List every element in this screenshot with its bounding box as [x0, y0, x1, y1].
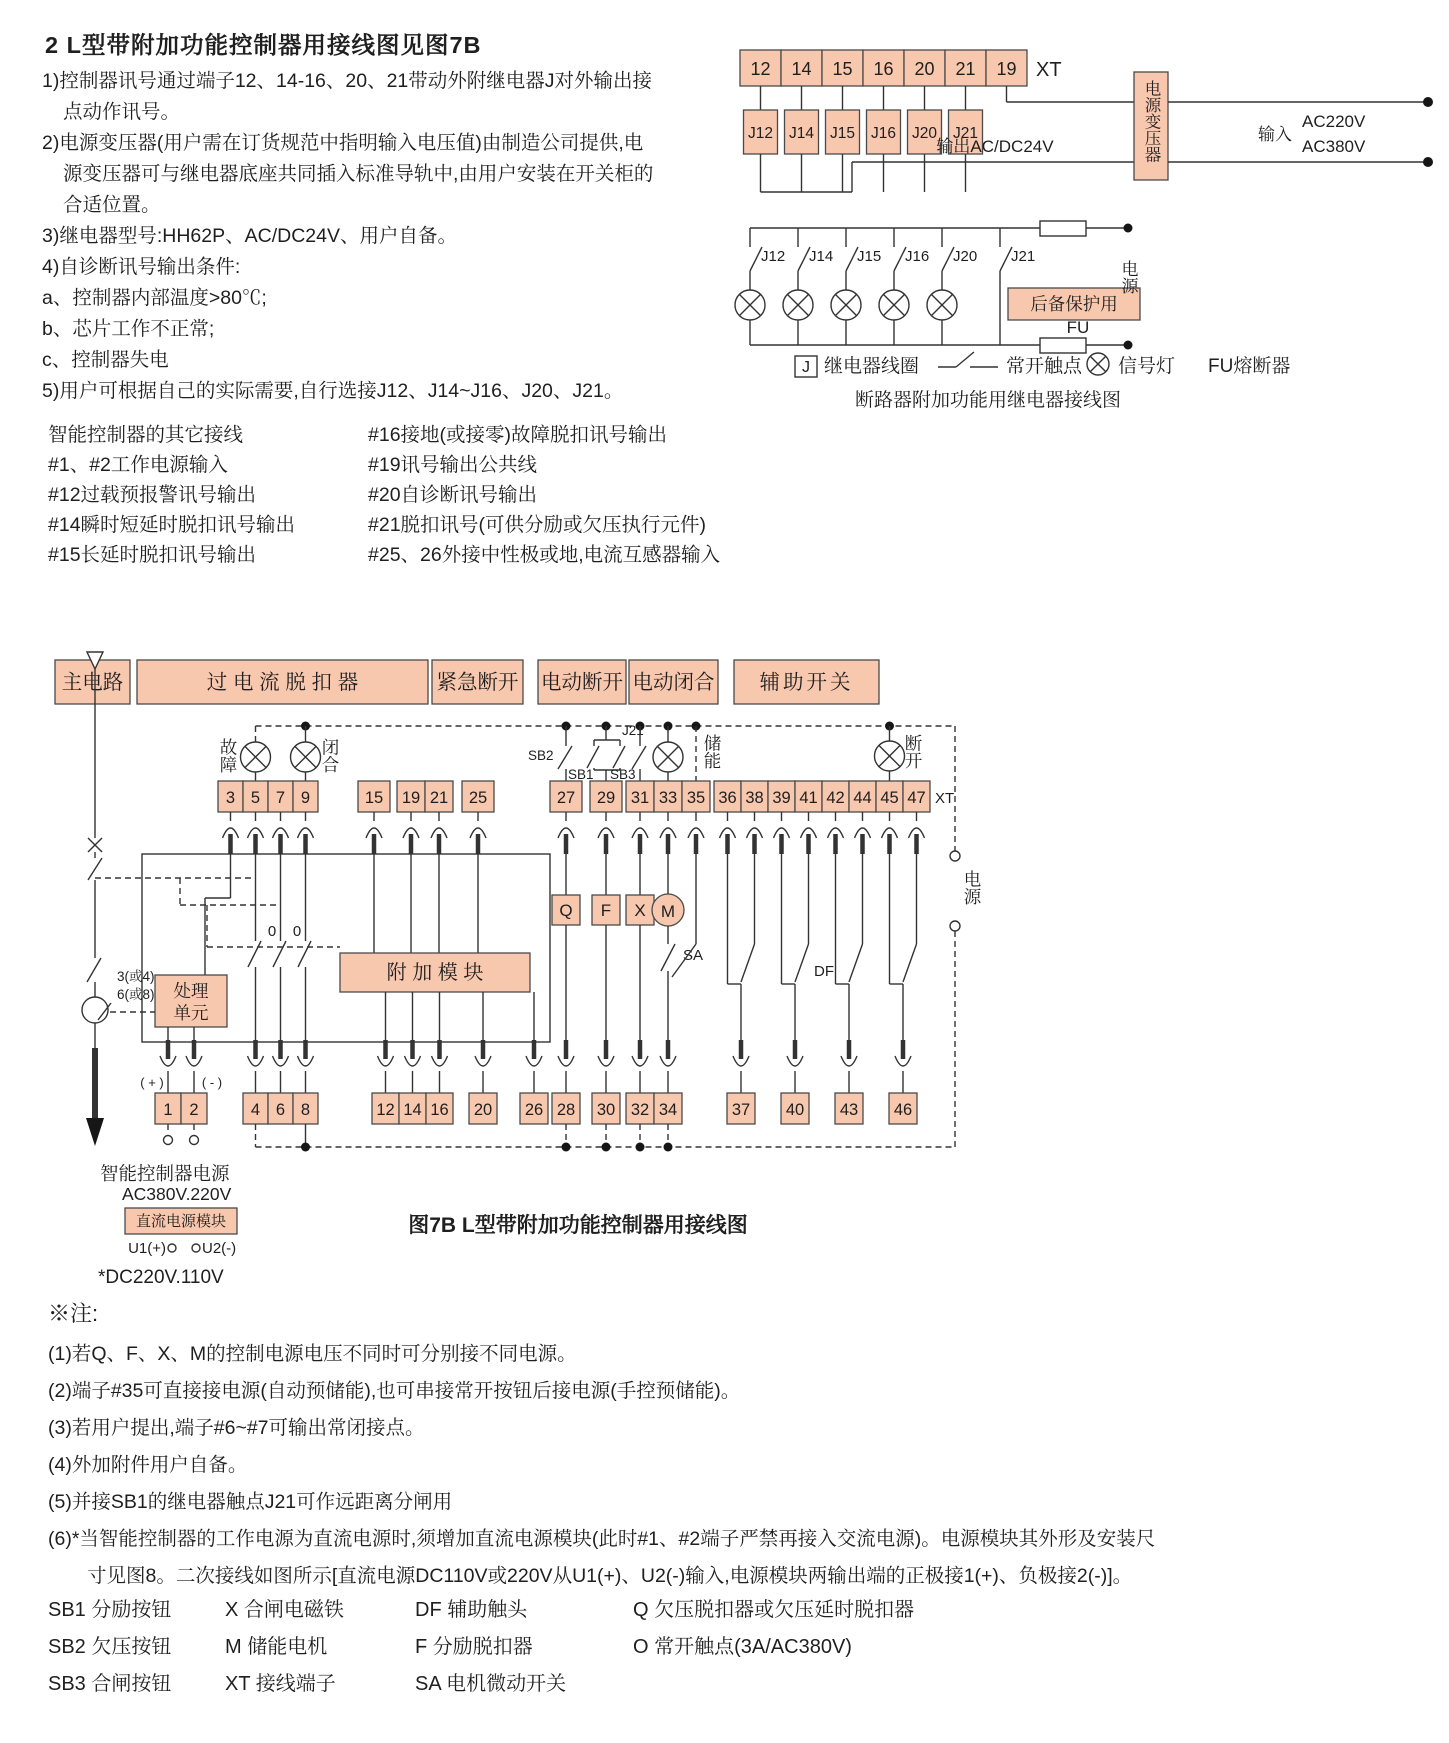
- signal-lamp-icon: [879, 290, 909, 320]
- aux-contact-zero: 0: [268, 923, 276, 940]
- output-voltage-label: 输出AC/DC24V: [936, 137, 1054, 156]
- add-on-module-label: 附 加 模 块: [387, 961, 484, 984]
- terminal-number: 39: [772, 789, 790, 807]
- relay-transformer-wires: 输出AC/DC24V 电源变压器 输入 AC220V AC380V: [761, 72, 1434, 192]
- legend-cell: M 储能电机: [225, 1629, 415, 1666]
- dc-module-label: 直流电源模块: [136, 1212, 226, 1230]
- contact-label: J14: [809, 248, 833, 265]
- open-lamp-icon: [875, 741, 905, 771]
- terminal-number: 42: [826, 789, 844, 807]
- section-header: 紧急断开: [437, 671, 519, 694]
- terminal-number: 5: [251, 789, 260, 807]
- instructions-block: 1)控制器讯号通过端子12、14-16、20、21带动外附继电器J对外输出接 点…: [42, 66, 702, 407]
- backup-protection-label: 后备保护用: [1030, 294, 1118, 314]
- terminal-number: 25: [469, 789, 487, 807]
- note-item: (4)外加附件用户自备。: [48, 1447, 1420, 1484]
- terminal-number: 44: [853, 789, 871, 807]
- other-wiring-left-column: 智能控制器的其它接线 #1、#2工作电源输入 #12过载预报警讯号输出 #14瞬…: [48, 420, 368, 570]
- notes-title: ※注:: [48, 1298, 1420, 1330]
- release-components: Q F X M SA: [552, 854, 703, 1040]
- relay-box-label: J12: [748, 125, 773, 142]
- power-source-label: 电源: [962, 870, 982, 905]
- aux-contact-zero: 0: [293, 923, 301, 940]
- pole-count-label: 6(或8): [117, 987, 155, 1002]
- q-release-label: Q: [559, 901, 572, 920]
- top-terminal-strip: 3 5 7 9 15 19 21 25 27 29 31 33 35 36 38…: [218, 781, 954, 812]
- section-header: 辅助开关: [760, 671, 854, 694]
- terminal-number: 6: [276, 1101, 285, 1119]
- relay-box-label: J20: [912, 125, 937, 142]
- terminal-number: 12: [750, 59, 770, 79]
- terminal-number: 32: [631, 1101, 649, 1119]
- terminal-number: 41: [799, 789, 817, 807]
- legend-cell: SB1 分励按钮: [48, 1592, 225, 1629]
- section-header: 过 电 流 脱 扣 器: [207, 671, 358, 694]
- terminal-number: 9: [301, 789, 310, 807]
- instruction-item: 3)继电器型号:HH62P、AC/DC24V、用户自备。: [42, 221, 702, 252]
- processor-unit-label: 单元: [174, 1003, 209, 1023]
- terminal-number: 30: [597, 1101, 615, 1119]
- manual-page: 12 14 15 16 20 21 19 XT J12 J14 J15 J16 …: [0, 0, 1449, 1743]
- terminal-number: 19: [402, 789, 420, 807]
- terminal-number: 15: [365, 789, 383, 807]
- closed-lamp-icon: [291, 742, 321, 772]
- wiring-list-item: #14瞬时短延时脱扣讯号输出: [48, 510, 368, 540]
- terminal-number: 34: [659, 1101, 677, 1119]
- relay-coil-legend: 继电器线圈: [824, 355, 919, 377]
- section-header-boxes: 主电路 过 电 流 脱 扣 器 紧急断开 电动断开 电动闭合 辅助开关: [55, 660, 879, 704]
- relay-box-label: J14: [789, 125, 814, 142]
- fig7b-caption: 图7B L型带附加功能控制器用接线图: [408, 1213, 748, 1237]
- input-label: 输入: [1258, 125, 1292, 144]
- terminal-number: 36: [718, 789, 736, 807]
- contact-label: J20: [953, 248, 977, 265]
- supply-label: 智能控制器电源: [100, 1163, 230, 1184]
- legend-cell: SA 电机微动开关: [415, 1666, 633, 1703]
- wiring-list-item: #16接地(或接零)故障脱扣讯号输出: [368, 420, 788, 450]
- u2-input-label: U2(-): [202, 1240, 236, 1257]
- relay-wiring-figure: 12 14 15 16 20 21 19 XT J12 J14 J15 J16 …: [735, 50, 1433, 411]
- store-lamp-icon: [653, 742, 683, 772]
- f-release-label: F: [601, 901, 611, 920]
- page-title: 2 L型带附加功能控制器用接线图见图7B: [45, 26, 482, 60]
- voltage-ac220: AC220V: [1302, 112, 1366, 131]
- df-contact-label: DF: [814, 963, 834, 980]
- terminal-number: 12: [376, 1101, 394, 1119]
- note-item: (1)若Q、F、X、M的控制电源电压不同时可分别接不同电源。: [48, 1336, 1420, 1373]
- instruction-item: b、芯片工作不正常;: [42, 314, 702, 345]
- terminal-number: 3: [226, 789, 235, 807]
- relay-coil-symbol-letter: J: [802, 359, 810, 376]
- signal-lamp-icon: [735, 290, 765, 320]
- note-item: (5)并接SB1的继电器触点J21可作远距离分闸用: [48, 1484, 1420, 1521]
- relay-figure-legend: J 继电器线圈 常开触点 信号灯 FU熔断器 断路器附加功能用继电器接线图: [795, 352, 1290, 411]
- wiring-list-item: #25、26外接中性极或地,电流互感器输入: [368, 540, 788, 570]
- terminal-number: 4: [251, 1101, 260, 1119]
- terminal-number: 38: [745, 789, 763, 807]
- wiring-list-item: #12过载预报警讯号输出: [48, 480, 368, 510]
- signal-lamp-icon: [831, 290, 861, 320]
- signal-lamp-icon: [783, 290, 813, 320]
- polarity-plus: ( + ): [140, 1075, 163, 1090]
- fu-label: FU: [1067, 318, 1090, 337]
- bottom-terminal-pins: [160, 1040, 911, 1093]
- relay-xt-terminal-strip: 12 14 15 16 20 21 19 XT: [740, 50, 1062, 86]
- sb1-label: SB1: [568, 767, 594, 782]
- sb3-label: SB3: [610, 767, 636, 782]
- relay-box-label: J16: [871, 125, 896, 142]
- legend-cell: SB3 合闸按钮: [48, 1666, 225, 1703]
- bottom-terminal-strip: ( + ) ( - ) 1 2 4 6 8 12 14 16 20 26 28 …: [140, 1075, 917, 1124]
- instruction-item: c、控制器失电: [42, 345, 702, 376]
- section-header: 主电路: [62, 671, 124, 694]
- terminal-number: 21: [430, 789, 448, 807]
- relay-box-label: J15: [830, 125, 855, 142]
- pole-count-label: 3(或4): [117, 969, 155, 984]
- wiring-list-item: #19讯号输出公共线: [368, 450, 788, 480]
- relay-figure-caption: 断路器附加功能用继电器接线图: [855, 389, 1121, 411]
- legend-cell: X 合闸电磁铁: [225, 1592, 415, 1629]
- controller-supply: 智能控制器电源 AC380V.220V 直流电源模块 U1(+) U2(-) *…: [98, 1124, 237, 1288]
- fuse-legend: FU熔断器: [1208, 355, 1290, 377]
- wiring-list-item: #15长延时脱扣讯号输出: [48, 540, 368, 570]
- terminal-number: 43: [840, 1101, 858, 1119]
- terminal-number: 45: [880, 789, 898, 807]
- store-lamp-label: 储能: [702, 734, 722, 769]
- closed-lamp-label: 闭合: [320, 738, 340, 773]
- contact-label: J16: [905, 248, 929, 265]
- signal-lamp-legend: 信号灯: [1118, 355, 1175, 377]
- auxiliary-switches: DF: [728, 854, 917, 1040]
- signal-lamp-icon: [927, 290, 957, 320]
- legend-cell: SB2 欠压按钮: [48, 1629, 225, 1666]
- note-item: (6)*当智能控制器的工作电源为直流电源时,须增加直流电源模块(此时#1、#2端…: [48, 1521, 1420, 1595]
- u1-input-label: U1(+): [128, 1240, 166, 1257]
- terminal-number: 31: [631, 789, 649, 807]
- legend-cell: F 分励脱扣器: [415, 1629, 633, 1666]
- contact-label: J21: [1011, 248, 1035, 265]
- m-motor-label: M: [661, 902, 675, 921]
- terminal-number: 8: [301, 1101, 310, 1119]
- instruction-item: a、控制器内部温度>80℃;: [42, 283, 702, 314]
- power-transformer-label: 电源变压器: [1142, 80, 1161, 163]
- terminal-number: 27: [557, 789, 575, 807]
- instruction-item: 1)控制器讯号通过端子12、14-16、20、21带动外附继电器J对外输出接 点…: [42, 66, 702, 128]
- terminal-number: 47: [907, 789, 925, 807]
- fault-lamp-icon: [241, 742, 271, 772]
- other-wiring-right-column: #16接地(或接零)故障脱扣讯号输出 #19讯号输出公共线 #20自诊断讯号输出…: [368, 420, 788, 570]
- contact-label: J15: [857, 248, 881, 265]
- xt-strip-label: XT: [1036, 59, 1062, 81]
- relay-contacts-subfigure: J12 J14 J15 J16 J20 J21 后备保护用 FU 电源: [735, 221, 1140, 353]
- fig7b-wiring-diagram: 主电路 过 电 流 脱 扣 器 紧急断开 电动断开 电动闭合 辅助开关 电源 故…: [55, 652, 982, 1288]
- terminal-number: 16: [430, 1101, 448, 1119]
- terminal-number: 20: [474, 1101, 492, 1119]
- processor-unit-label: 处理: [174, 981, 209, 1001]
- legend-cell: Q 欠压脱扣器或欠压延时脱扣器: [633, 1592, 1228, 1629]
- terminal-number: 29: [597, 789, 615, 807]
- voltage-ac380: AC380V: [1302, 137, 1366, 156]
- terminal-number: 14: [403, 1101, 421, 1119]
- fault-lamp-label: 故障: [218, 738, 238, 773]
- fuse-symbol: [1040, 221, 1086, 236]
- terminal-number: 26: [525, 1101, 543, 1119]
- notes-block: ※注: (1)若Q、F、X、M的控制电源电压不同时可分别接不同电源。 (2)端子…: [48, 1298, 1420, 1595]
- terminal-number: 20: [914, 59, 934, 79]
- polarity-minus: ( - ): [202, 1075, 222, 1090]
- terminal-number: 14: [791, 59, 811, 79]
- wiring-list-item: #1、#2工作电源输入: [48, 450, 368, 480]
- power-source-label: 电源: [1119, 260, 1139, 294]
- instruction-item: 5)用户可根据自己的实际需要,自行选接J12、J14~J16、J20、J21。: [42, 376, 702, 407]
- instruction-item: 4)自诊断讯号输出条件:: [42, 252, 702, 283]
- terminal-number: 28: [557, 1101, 575, 1119]
- terminal-number: 40: [786, 1101, 804, 1119]
- section-header: 电动闭合: [633, 671, 715, 694]
- terminal-number: 16: [873, 59, 893, 79]
- wiring-list-item: 智能控制器的其它接线: [48, 420, 368, 450]
- fuse-symbol: [1040, 338, 1086, 353]
- legend-cell: DF 辅助触头: [415, 1592, 633, 1629]
- terminal-number: 37: [732, 1101, 750, 1119]
- terminal-number: 2: [189, 1101, 198, 1119]
- x-electromagnet-label: X: [634, 901, 645, 920]
- wiring-list-item: #20自诊断讯号输出: [368, 480, 788, 510]
- terminal-number: 21: [955, 59, 975, 79]
- push-button-contacts: SB2 J21 SB1 SB3: [528, 723, 646, 782]
- instruction-item: 2)电源变压器(用户需在订货规范中指明输入电压值)由制造公司提供,电 源变压器可…: [42, 128, 702, 221]
- terminal-number: 7: [276, 789, 285, 807]
- xt-strip-label: XT: [935, 790, 954, 807]
- controller-body: 0 0 附 加 模 块 处理 单元: [142, 854, 550, 1042]
- sb2-label: SB2: [528, 748, 554, 763]
- symbol-legend-table: SB1 分励按钮 X 合闸电磁铁 DF 辅助触头 Q 欠压脱扣器或欠压延时脱扣器…: [48, 1592, 1228, 1703]
- legend-cell: O 常开触点(3A/AC380V): [633, 1629, 1228, 1666]
- terminal-number: 46: [894, 1101, 912, 1119]
- terminal-number: 19: [996, 59, 1016, 79]
- terminal-number: 1: [163, 1101, 172, 1119]
- sa-microswitch-label: SA: [683, 947, 703, 964]
- terminal-number: 33: [659, 789, 677, 807]
- terminal-number: 15: [832, 59, 852, 79]
- section-header: 电动断开: [541, 671, 623, 694]
- no-contact-legend: 常开触点: [1006, 355, 1083, 377]
- legend-cell: [633, 1666, 1228, 1703]
- note-item: (2)端子#35可直接接电源(自动预储能),也可串接常开按钮后接电源(手控预储能…: [48, 1373, 1420, 1410]
- supply-voltage: AC380V.220V: [122, 1184, 232, 1204]
- wiring-list-item: #21脱扣讯号(可供分励或欠压执行元件): [368, 510, 788, 540]
- open-lamp-label: 断开: [903, 734, 923, 769]
- contact-label: J12: [761, 248, 785, 265]
- note-item: (3)若用户提出,端子#6~#7可输出常闭接点。: [48, 1410, 1420, 1447]
- terminal-number: 35: [687, 789, 705, 807]
- legend-cell: XT 接线端子: [225, 1666, 415, 1703]
- top-terminal-pins: [223, 812, 925, 854]
- dc-voltage-note: *DC220V.110V: [98, 1267, 224, 1288]
